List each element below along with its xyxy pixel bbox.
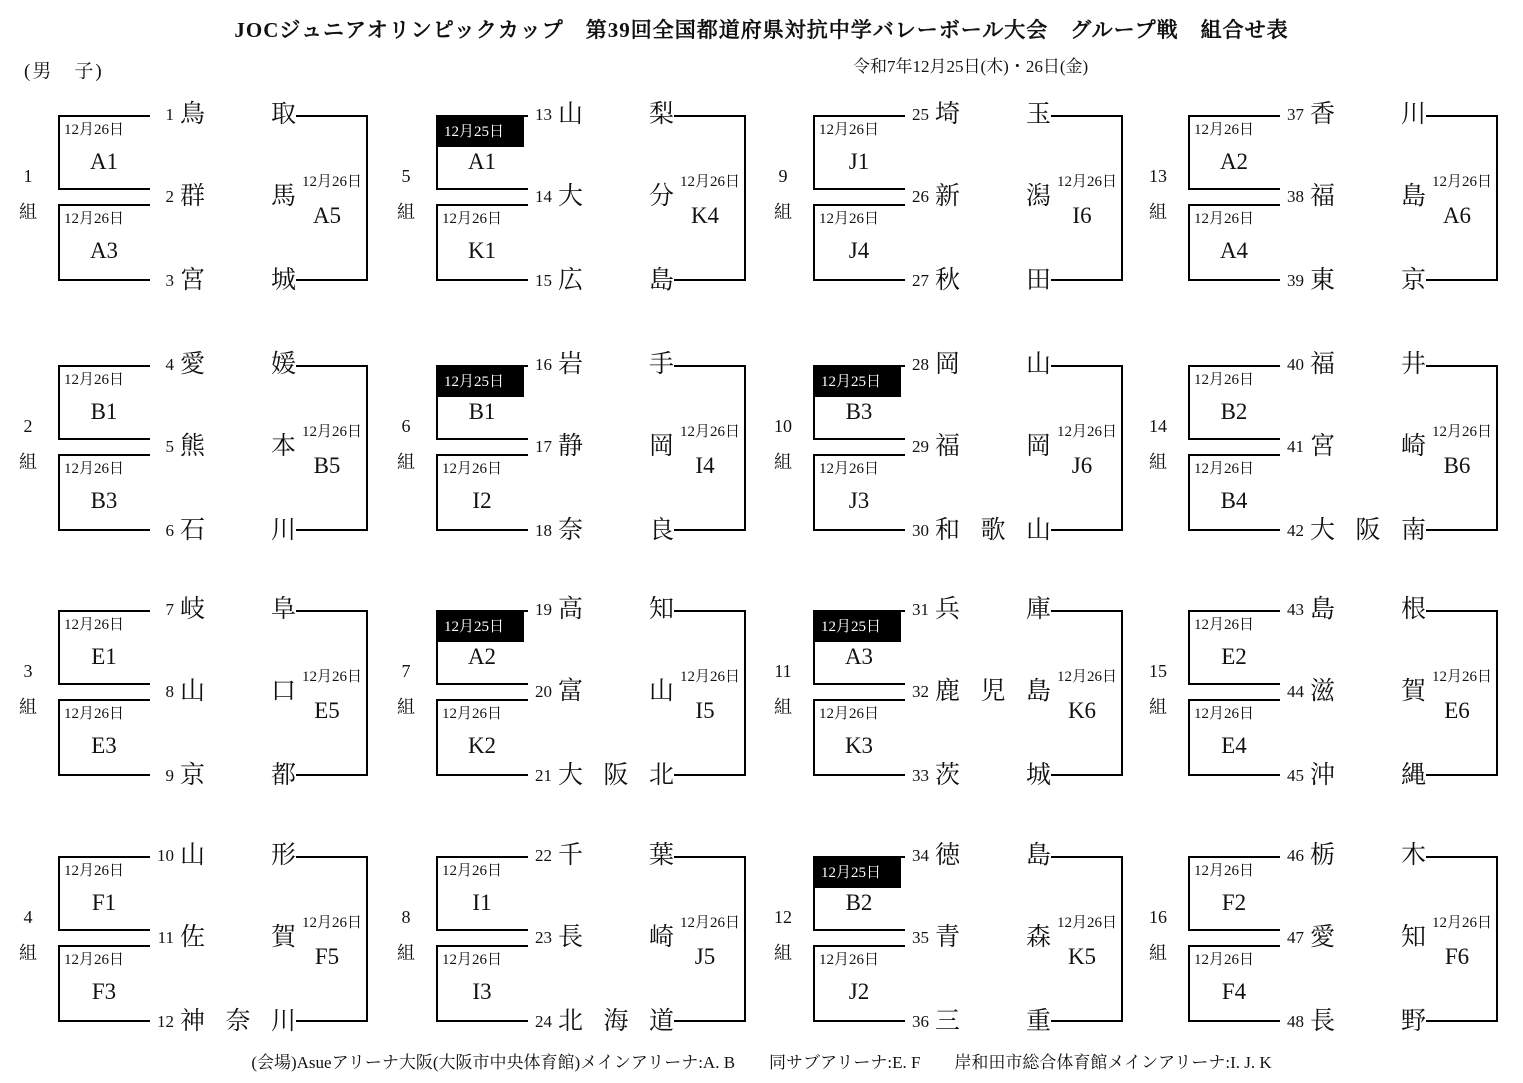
team-row: 9 京都 — [140, 760, 296, 792]
group-number: 7 — [382, 660, 430, 682]
match2-code: J3 — [813, 486, 905, 516]
match3-code: J6 — [1045, 451, 1119, 481]
group-label: 10 組 — [759, 415, 807, 473]
team-name: 鳥取 — [180, 99, 296, 131]
team-row: 25 埼玉 — [895, 99, 1051, 131]
match2-date: 12月26日 — [819, 704, 901, 724]
match1-code: E2 — [1188, 642, 1280, 672]
match2-date: 12月26日 — [442, 459, 524, 479]
team-row: 6 石川 — [140, 515, 296, 547]
team-row: 13 山梨 — [518, 99, 674, 131]
match3-code: B6 — [1420, 451, 1494, 481]
team-row: 18 奈良 — [518, 515, 674, 547]
group-label: 11 組 — [759, 660, 807, 718]
team-number: 11 — [140, 928, 174, 948]
group-label: 13 組 — [1134, 165, 1182, 223]
team-name: 高知 — [558, 594, 674, 626]
match2-code: E3 — [58, 731, 150, 761]
team-row: 32 鹿児島 — [895, 676, 1051, 708]
match1-date: 12月26日 — [64, 861, 146, 881]
match2-code: K2 — [436, 731, 528, 761]
team-row: 3 宮城 — [140, 265, 296, 297]
team-row: 22 千葉 — [518, 840, 674, 872]
team-number: 13 — [518, 105, 552, 125]
group-number: 14 — [1134, 415, 1182, 437]
team-number: 38 — [1270, 187, 1304, 207]
team-name: 神奈川 — [180, 1006, 296, 1038]
match1-date: 12月26日 — [819, 120, 901, 140]
group-suffix: 組 — [1134, 451, 1182, 473]
match3-code: B5 — [290, 451, 364, 481]
team-row: 28 岡山 — [895, 349, 1051, 381]
team-row: 45 沖縄 — [1270, 760, 1426, 792]
match1-code: J1 — [813, 147, 905, 177]
team-number: 14 — [518, 187, 552, 207]
bracket-right-lines — [1426, 115, 1498, 281]
group-number: 1 — [4, 165, 52, 187]
team-number: 17 — [518, 437, 552, 457]
bracket-sheet: { "title": "JOCジュニアオリンピックカップ 第39回全国都道府県対… — [0, 0, 1523, 1083]
team-number: 31 — [895, 600, 929, 620]
group-cell: 1 組 12月26日 A1 12月26日 A3 12月26日 A5 1 鳥取 2… — [0, 95, 377, 345]
group-cell: 3 組 12月26日 E1 12月26日 E3 12月26日 E5 7 岐阜 8… — [0, 590, 377, 840]
team-row: 44 滋賀 — [1270, 676, 1426, 708]
team-number: 15 — [518, 271, 552, 291]
team-number: 32 — [895, 682, 929, 702]
team-number: 16 — [518, 355, 552, 375]
team-row: 15 広島 — [518, 265, 674, 297]
team-number: 3 — [140, 271, 174, 291]
team-number: 5 — [140, 437, 174, 457]
team-number: 1 — [140, 105, 174, 125]
team-row: 14 大分 — [518, 181, 674, 213]
team-number: 37 — [1270, 105, 1304, 125]
team-name: 青森 — [935, 922, 1051, 954]
group-label: 16 組 — [1134, 906, 1182, 964]
group-suffix: 組 — [759, 451, 807, 473]
match2-date: 12月26日 — [1194, 209, 1276, 229]
group-label: 6 組 — [382, 415, 430, 473]
group-suffix: 組 — [759, 696, 807, 718]
match2-code: J4 — [813, 236, 905, 266]
team-name: 秋田 — [935, 265, 1051, 297]
team-row: 42 大阪南 — [1270, 515, 1426, 547]
team-name: 愛知 — [1310, 922, 1426, 954]
group-cell: 6 組 12月25日 B1 12月26日 I2 12月26日 I4 16 岩手 … — [378, 345, 755, 595]
team-row: 11 佐賀 — [140, 922, 296, 954]
group-label: 12 組 — [759, 906, 807, 964]
group-number: 12 — [759, 906, 807, 928]
match1-date: 12月26日 — [1194, 615, 1276, 635]
match2-code: A4 — [1188, 236, 1280, 266]
team-number: 28 — [895, 355, 929, 375]
team-name: 三重 — [935, 1006, 1051, 1038]
bracket-right-lines — [296, 115, 368, 281]
team-name: 群馬 — [180, 181, 296, 213]
team-row: 37 香川 — [1270, 99, 1426, 131]
team-name: 千葉 — [558, 840, 674, 872]
team-name: 岩手 — [558, 349, 674, 381]
team-row: 4 愛媛 — [140, 349, 296, 381]
team-row: 38 福島 — [1270, 181, 1426, 213]
match2-date: 12月26日 — [442, 209, 524, 229]
group-number: 16 — [1134, 906, 1182, 928]
match2-date: 12月26日 — [64, 459, 146, 479]
group-number: 11 — [759, 660, 807, 682]
team-number: 36 — [895, 1012, 929, 1032]
team-number: 2 — [140, 187, 174, 207]
match2-code: J2 — [813, 977, 905, 1007]
team-row: 46 栃木 — [1270, 840, 1426, 872]
group-suffix: 組 — [1134, 696, 1182, 718]
match1-code: F2 — [1188, 888, 1280, 918]
team-name: 鹿児島 — [935, 676, 1051, 708]
team-number: 4 — [140, 355, 174, 375]
match1-date: 12月25日 — [813, 612, 901, 642]
team-name: 福井 — [1310, 349, 1426, 381]
team-name: 島根 — [1310, 594, 1426, 626]
group-number: 2 — [4, 415, 52, 437]
match1-code: A2 — [436, 642, 528, 672]
team-number: 26 — [895, 187, 929, 207]
match2-code: B4 — [1188, 486, 1280, 516]
team-row: 40 福井 — [1270, 349, 1426, 381]
team-number: 22 — [518, 846, 552, 866]
team-name: 静岡 — [558, 431, 674, 463]
team-name: 宮城 — [180, 265, 296, 297]
team-row: 23 長崎 — [518, 922, 674, 954]
match3-code: J5 — [668, 942, 742, 972]
team-number: 48 — [1270, 1012, 1304, 1032]
team-name: 新潟 — [935, 181, 1051, 213]
venue-footer: (会場)Asueアリーナ大阪(大阪市中央体育館)メインアリーナ:A. B 同サブ… — [0, 1048, 1523, 1073]
team-number: 41 — [1270, 437, 1304, 457]
team-name: 富山 — [558, 676, 674, 708]
team-number: 23 — [518, 928, 552, 948]
team-row: 33 茨城 — [895, 760, 1051, 792]
team-row: 43 島根 — [1270, 594, 1426, 626]
group-suffix: 組 — [759, 942, 807, 964]
team-number: 27 — [895, 271, 929, 291]
team-name: 福島 — [1310, 181, 1426, 213]
group-number: 4 — [4, 906, 52, 928]
match1-date: 12月26日 — [64, 615, 146, 635]
match3-code: E6 — [1420, 696, 1494, 726]
match1-date: 12月25日 — [813, 367, 901, 397]
team-name: 大阪南 — [1310, 515, 1426, 547]
match2-code: F4 — [1188, 977, 1280, 1007]
team-row: 19 高知 — [518, 594, 674, 626]
match1-code: A1 — [436, 147, 528, 177]
group-suffix: 組 — [4, 201, 52, 223]
group-label: 7 組 — [382, 660, 430, 718]
team-row: 29 福岡 — [895, 431, 1051, 463]
team-name: 岡山 — [935, 349, 1051, 381]
team-row: 39 東京 — [1270, 265, 1426, 297]
group-cell: 14 組 12月26日 B2 12月26日 B4 12月26日 B6 40 福井… — [1130, 345, 1507, 595]
group-number: 13 — [1134, 165, 1182, 187]
team-row: 16 岩手 — [518, 349, 674, 381]
bracket-right-lines — [674, 610, 746, 776]
team-row: 17 静岡 — [518, 431, 674, 463]
match2-code: K1 — [436, 236, 528, 266]
group-cell: 12 組 12月25日 B2 12月26日 J2 12月26日 K5 34 徳島… — [755, 836, 1132, 1083]
team-name: 佐賀 — [180, 922, 296, 954]
group-suffix: 組 — [382, 942, 430, 964]
group-suffix: 組 — [759, 201, 807, 223]
team-number: 42 — [1270, 521, 1304, 541]
team-number: 47 — [1270, 928, 1304, 948]
group-cell: 5 組 12月25日 A1 12月26日 K1 12月26日 K4 13 山梨 … — [378, 95, 755, 345]
bracket-right-lines — [1051, 365, 1123, 531]
group-cell: 11 組 12月25日 A3 12月26日 K3 12月26日 K6 31 兵庫… — [755, 590, 1132, 840]
match1-date: 12月25日 — [813, 858, 901, 888]
match1-date: 12月26日 — [1194, 370, 1276, 390]
match2-date: 12月26日 — [819, 459, 901, 479]
team-name: 香川 — [1310, 99, 1426, 131]
match1-date: 12月26日 — [1194, 120, 1276, 140]
team-row: 48 長野 — [1270, 1006, 1426, 1038]
match2-date: 12月26日 — [1194, 459, 1276, 479]
team-row: 27 秋田 — [895, 265, 1051, 297]
match3-code: I6 — [1045, 201, 1119, 231]
team-row: 34 徳島 — [895, 840, 1051, 872]
team-name: 兵庫 — [935, 594, 1051, 626]
group-cell: 9 組 12月26日 J1 12月26日 J4 12月26日 I6 25 埼玉 … — [755, 95, 1132, 345]
team-number: 7 — [140, 600, 174, 620]
match1-code: A1 — [58, 147, 150, 177]
group-label: 8 組 — [382, 906, 430, 964]
team-row: 2 群馬 — [140, 181, 296, 213]
match2-code: F3 — [58, 977, 150, 1007]
team-number: 19 — [518, 600, 552, 620]
team-name: 埼玉 — [935, 99, 1051, 131]
match1-date: 12月25日 — [436, 612, 524, 642]
team-name: 滋賀 — [1310, 676, 1426, 708]
team-name: 愛媛 — [180, 349, 296, 381]
match3-code: I5 — [668, 696, 742, 726]
match1-code: B2 — [813, 888, 905, 918]
team-number: 24 — [518, 1012, 552, 1032]
group-cell: 16 組 12月26日 F2 12月26日 F4 12月26日 F6 46 栃木… — [1130, 836, 1507, 1083]
team-row: 8 山口 — [140, 676, 296, 708]
match3-code: K6 — [1045, 696, 1119, 726]
match1-code: I1 — [436, 888, 528, 918]
group-label: 5 組 — [382, 165, 430, 223]
bracket-right-lines — [674, 365, 746, 531]
team-number: 43 — [1270, 600, 1304, 620]
match2-code: I3 — [436, 977, 528, 1007]
team-number: 44 — [1270, 682, 1304, 702]
match1-date: 12月26日 — [64, 370, 146, 390]
group-cell: 15 組 12月26日 E2 12月26日 E4 12月26日 E6 43 島根… — [1130, 590, 1507, 840]
group-cell: 13 組 12月26日 A2 12月26日 A4 12月26日 A6 37 香川… — [1130, 95, 1507, 345]
team-row: 30 和歌山 — [895, 515, 1051, 547]
bracket-right-lines — [1426, 365, 1498, 531]
team-row: 7 岐阜 — [140, 594, 296, 626]
team-name: 山口 — [180, 676, 296, 708]
team-row: 1 鳥取 — [140, 99, 296, 131]
team-name: 東京 — [1310, 265, 1426, 297]
match2-date: 12月26日 — [819, 209, 901, 229]
group-number: 9 — [759, 165, 807, 187]
team-row: 24 北海道 — [518, 1006, 674, 1038]
group-number: 3 — [4, 660, 52, 682]
group-label: 15 組 — [1134, 660, 1182, 718]
group-cell: 4 組 12月26日 F1 12月26日 F3 12月26日 F5 10 山形 … — [0, 836, 377, 1083]
team-row: 47 愛知 — [1270, 922, 1426, 954]
bracket-right-lines — [1051, 115, 1123, 281]
team-row: 35 青森 — [895, 922, 1051, 954]
bracket-right-lines — [674, 856, 746, 1022]
match1-date: 12月26日 — [1194, 861, 1276, 881]
group-label: 14 組 — [1134, 415, 1182, 473]
group-label: 2 組 — [4, 415, 52, 473]
team-number: 21 — [518, 766, 552, 786]
team-row: 12 神奈川 — [140, 1006, 296, 1038]
team-row: 31 兵庫 — [895, 594, 1051, 626]
match2-date: 12月26日 — [1194, 950, 1276, 970]
bracket-right-lines — [1426, 856, 1498, 1022]
team-number: 20 — [518, 682, 552, 702]
team-name: 栃木 — [1310, 840, 1426, 872]
match1-date: 12月26日 — [64, 120, 146, 140]
group-number: 5 — [382, 165, 430, 187]
team-row: 21 大阪北 — [518, 760, 674, 792]
team-number: 6 — [140, 521, 174, 541]
match2-date: 12月26日 — [64, 209, 146, 229]
team-number: 40 — [1270, 355, 1304, 375]
team-name: 京都 — [180, 760, 296, 792]
match2-date: 12月26日 — [64, 950, 146, 970]
team-number: 25 — [895, 105, 929, 125]
team-number: 35 — [895, 928, 929, 948]
team-name: 岐阜 — [180, 594, 296, 626]
group-label: 3 組 — [4, 660, 52, 718]
match3-code: F6 — [1420, 942, 1494, 972]
team-name: 大分 — [558, 181, 674, 213]
team-number: 29 — [895, 437, 929, 457]
group-number: 15 — [1134, 660, 1182, 682]
match2-date: 12月26日 — [442, 704, 524, 724]
group-number: 8 — [382, 906, 430, 928]
team-number: 10 — [140, 846, 174, 866]
team-number: 18 — [518, 521, 552, 541]
match2-code: K3 — [813, 731, 905, 761]
match2-date: 12月26日 — [442, 950, 524, 970]
bracket-right-lines — [1051, 856, 1123, 1022]
group-number: 6 — [382, 415, 430, 437]
group-suffix: 組 — [1134, 201, 1182, 223]
group-suffix: 組 — [382, 696, 430, 718]
team-row: 10 山形 — [140, 840, 296, 872]
team-row: 36 三重 — [895, 1006, 1051, 1038]
team-name: 熊本 — [180, 431, 296, 463]
match1-code: F1 — [58, 888, 150, 918]
group-label: 1 組 — [4, 165, 52, 223]
match1-code: B1 — [58, 397, 150, 427]
bracket-right-lines — [296, 365, 368, 531]
group-number: 10 — [759, 415, 807, 437]
groups-grid: 1 組 12月26日 A1 12月26日 A3 12月26日 A5 1 鳥取 2… — [0, 0, 1523, 1083]
team-row: 41 宮崎 — [1270, 431, 1426, 463]
group-suffix: 組 — [4, 696, 52, 718]
match2-code: A3 — [58, 236, 150, 266]
match1-date: 12月25日 — [436, 367, 524, 397]
bracket-right-lines — [296, 610, 368, 776]
group-suffix: 組 — [4, 451, 52, 473]
group-cell: 10 組 12月25日 B3 12月26日 J3 12月26日 J6 28 岡山… — [755, 345, 1132, 595]
bracket-right-lines — [674, 115, 746, 281]
team-name: 徳島 — [935, 840, 1051, 872]
match2-code: I2 — [436, 486, 528, 516]
match3-code: A5 — [290, 201, 364, 231]
match3-code: E5 — [290, 696, 364, 726]
team-row: 20 富山 — [518, 676, 674, 708]
match1-date: 12月25日 — [436, 117, 524, 147]
group-cell: 2 組 12月26日 B1 12月26日 B3 12月26日 B5 4 愛媛 5… — [0, 345, 377, 595]
group-suffix: 組 — [1134, 942, 1182, 964]
team-number: 33 — [895, 766, 929, 786]
group-label: 4 組 — [4, 906, 52, 964]
team-name: 石川 — [180, 515, 296, 547]
team-name: 北海道 — [558, 1006, 674, 1038]
group-cell: 7 組 12月25日 A2 12月26日 K2 12月26日 I5 19 高知 … — [378, 590, 755, 840]
match2-date: 12月26日 — [819, 950, 901, 970]
team-name: 茨城 — [935, 760, 1051, 792]
team-number: 34 — [895, 846, 929, 866]
team-name: 宮崎 — [1310, 431, 1426, 463]
match1-code: A2 — [1188, 147, 1280, 177]
team-name: 長崎 — [558, 922, 674, 954]
team-number: 9 — [140, 766, 174, 786]
match2-date: 12月26日 — [64, 704, 146, 724]
team-name: 和歌山 — [935, 515, 1051, 547]
team-number: 39 — [1270, 271, 1304, 291]
match3-code: F5 — [290, 942, 364, 972]
team-number: 30 — [895, 521, 929, 541]
team-name: 山形 — [180, 840, 296, 872]
team-name: 大阪北 — [558, 760, 674, 792]
team-number: 46 — [1270, 846, 1304, 866]
team-row: 5 熊本 — [140, 431, 296, 463]
group-suffix: 組 — [382, 451, 430, 473]
team-name: 沖縄 — [1310, 760, 1426, 792]
match1-code: B3 — [813, 397, 905, 427]
match1-code: B2 — [1188, 397, 1280, 427]
bracket-right-lines — [296, 856, 368, 1022]
group-suffix: 組 — [4, 942, 52, 964]
match2-code: B3 — [58, 486, 150, 516]
match3-code: I4 — [668, 451, 742, 481]
bracket-right-lines — [1051, 610, 1123, 776]
group-label: 9 組 — [759, 165, 807, 223]
match3-code: K5 — [1045, 942, 1119, 972]
team-number: 45 — [1270, 766, 1304, 786]
team-name: 奈良 — [558, 515, 674, 547]
team-name: 福岡 — [935, 431, 1051, 463]
team-row: 26 新潟 — [895, 181, 1051, 213]
match1-code: E1 — [58, 642, 150, 672]
match1-code: B1 — [436, 397, 528, 427]
team-number: 12 — [140, 1012, 174, 1032]
bracket-right-lines — [1426, 610, 1498, 776]
match2-date: 12月26日 — [1194, 704, 1276, 724]
team-number: 8 — [140, 682, 174, 702]
group-cell: 8 組 12月26日 I1 12月26日 I3 12月26日 J5 22 千葉 … — [378, 836, 755, 1083]
team-name: 広島 — [558, 265, 674, 297]
team-name: 山梨 — [558, 99, 674, 131]
